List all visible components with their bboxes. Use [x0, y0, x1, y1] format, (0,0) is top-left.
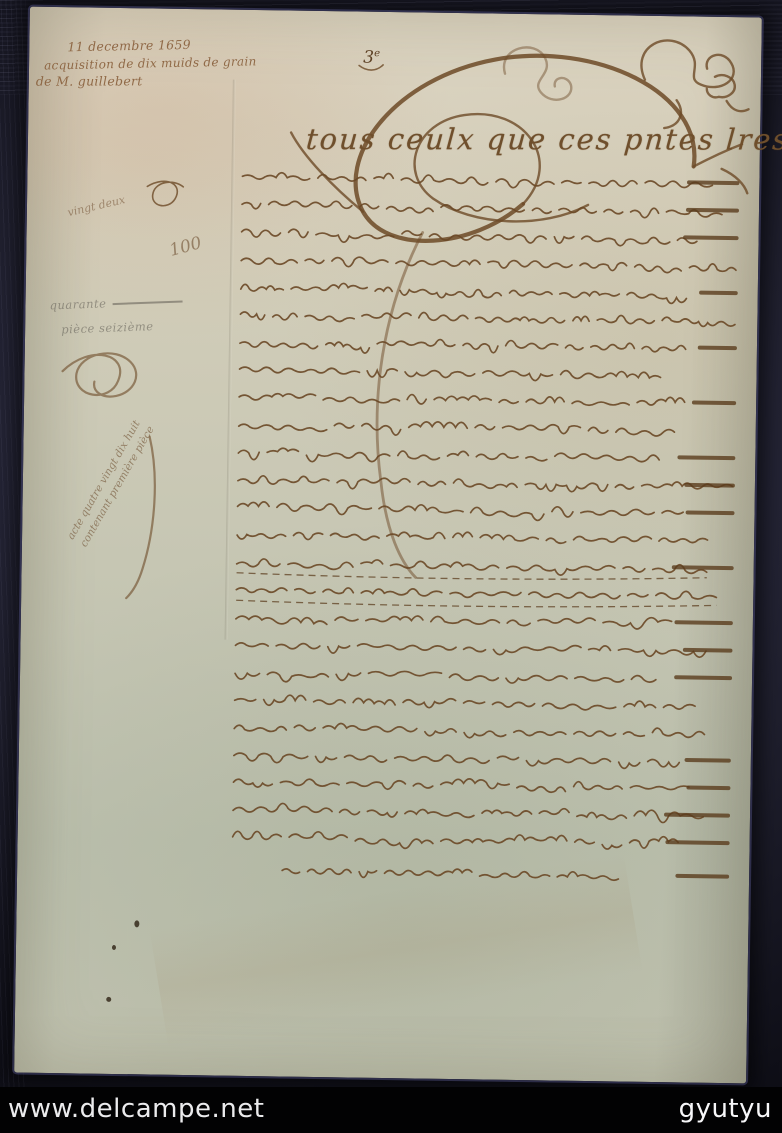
manuscript-line: [239, 419, 675, 439]
manuscript-line: [233, 775, 728, 795]
manuscript-line: [238, 475, 733, 494]
manuscript-line: [235, 669, 730, 688]
manuscript-line: [242, 200, 737, 219]
manuscript-line: [282, 866, 727, 882]
manuscript-line: [241, 228, 736, 248]
manuscript-line: [236, 612, 731, 631]
pencil-dash: [112, 300, 182, 305]
manuscript-line: [239, 391, 734, 409]
manuscript-line: [240, 310, 735, 328]
manuscript-line: [237, 502, 732, 524]
manuscript-line: [234, 752, 729, 770]
date-annotation-line1: 11 decembre 1659: [67, 37, 191, 54]
manuscript-line: [238, 448, 733, 468]
opening-formula: tous ceulx que ces pntes lres: [305, 122, 782, 156]
manuscript-line: [241, 282, 736, 304]
manuscript-photo: 11 decembre 1659 acquisition de dix muid…: [0, 0, 782, 1133]
manuscript-line: [237, 529, 707, 546]
manuscript-line: [235, 640, 730, 659]
handwriting-body: [14, 7, 762, 1084]
manuscript-line: [241, 255, 736, 273]
manuscript-line: [239, 366, 660, 383]
date-annotation-line3: de M. guillebert: [36, 73, 143, 88]
manuscript-line: [234, 722, 704, 741]
page-number: 3e: [363, 48, 380, 68]
seller-watermark: gyutyu: [679, 1094, 772, 1124]
manuscript-line: [240, 337, 735, 359]
delcampe-watermark: www.delcampe.net: [8, 1094, 264, 1124]
ink-spot: [112, 945, 116, 950]
manuscript-line: [237, 558, 732, 583]
ink-spot: [106, 997, 111, 1002]
manuscript-line: [233, 803, 728, 824]
manuscript-line: [236, 585, 716, 610]
manuscript-line: [242, 171, 737, 191]
ink-spot: [134, 920, 139, 927]
manuscript-line: [235, 694, 696, 711]
manuscript-line: [233, 830, 728, 853]
page-number-superscript: e: [374, 48, 380, 59]
manuscript-paper: 11 decembre 1659 acquisition de dix muid…: [14, 7, 762, 1084]
